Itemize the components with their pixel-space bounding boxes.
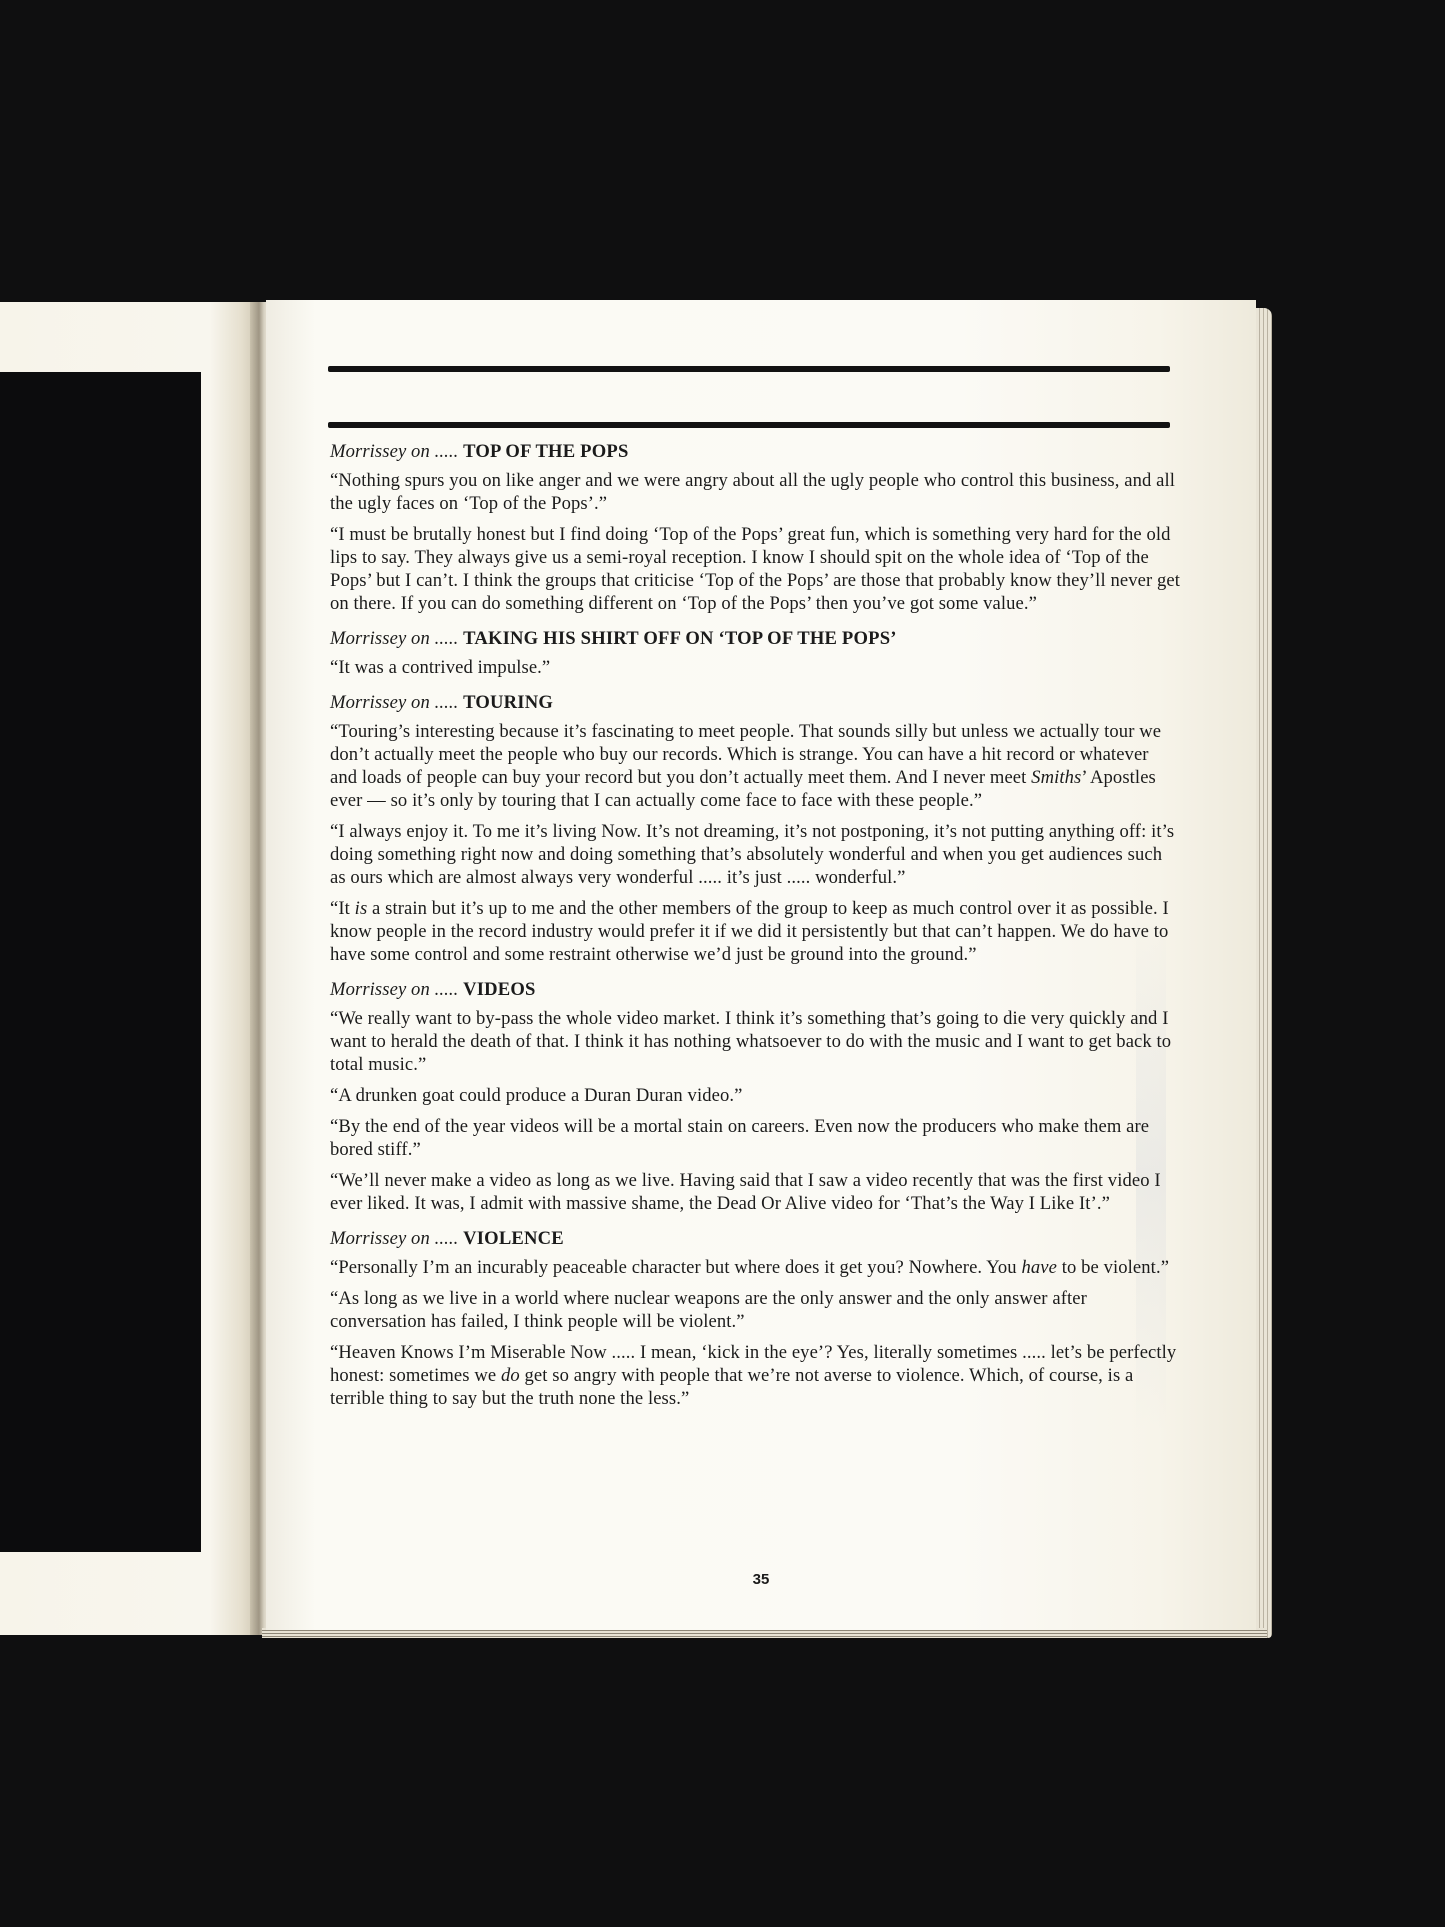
quote-paragraph: “Personally I’m an incurably peaceable c…	[330, 1256, 1180, 1279]
section-heading: Morrissey on ..... VIDEOS	[330, 978, 1180, 1001]
quote-paragraph: “I must be brutally honest but I find do…	[330, 523, 1180, 615]
page-number: 35	[266, 1571, 1256, 1588]
header-rule-bottom	[328, 422, 1170, 428]
section-heading: Morrissey on ..... TOP OF THE POPS	[330, 440, 1180, 463]
left-page	[0, 302, 262, 1635]
quote-paragraph: “Touring’s interesting because it’s fasc…	[330, 720, 1180, 812]
header-rule-top	[328, 366, 1170, 372]
heading-lead-phrase: Morrissey on .....	[330, 979, 463, 1000]
heading-lead-phrase: Morrissey on .....	[330, 441, 463, 462]
heading-lead-phrase: Morrissey on .....	[330, 1228, 463, 1249]
heading-topic: VIDEOS	[463, 979, 536, 1000]
heading-topic: TAKING HIS SHIRT OFF ON ‘TOP OF THE POPS…	[463, 628, 897, 649]
section: Morrissey on ..... VIOLENCE“Personally I…	[330, 1227, 1180, 1410]
section: Morrissey on ..... TOP OF THE POPS“Nothi…	[330, 440, 1180, 615]
heading-topic: TOP OF THE POPS	[463, 441, 628, 462]
quote-paragraph: “We really want to by-pass the whole vid…	[330, 1007, 1180, 1076]
heading-topic: TOURING	[463, 692, 553, 713]
section: Morrissey on ..... TAKING HIS SHIRT OFF …	[330, 627, 1180, 679]
page-content: Morrissey on ..... TOP OF THE POPS“Nothi…	[330, 440, 1180, 1422]
quote-paragraph: “We’ll never make a video as long as we …	[330, 1169, 1180, 1215]
section: Morrissey on ..... VIDEOS“We really want…	[330, 978, 1180, 1215]
heading-lead-phrase: Morrissey on .....	[330, 628, 463, 649]
section: Morrissey on ..... TOURING“Touring’s int…	[330, 691, 1180, 966]
quote-paragraph: “A drunken goat could produce a Duran Du…	[330, 1084, 1180, 1107]
quote-paragraph: “It was a contrived impulse.”	[330, 656, 1180, 679]
quote-paragraph: “Heaven Knows I’m Miserable Now ..... I …	[330, 1341, 1180, 1410]
quote-paragraph: “It is a strain but it’s up to me and th…	[330, 897, 1180, 966]
heading-topic: VIOLENCE	[463, 1228, 564, 1249]
left-page-black-panel	[0, 372, 201, 1552]
quote-paragraph: “By the end of the year videos will be a…	[330, 1115, 1180, 1161]
right-page: Morrissey on ..... TOP OF THE POPS“Nothi…	[266, 300, 1256, 1630]
quote-paragraph: “As long as we live in a world where nuc…	[330, 1287, 1180, 1333]
quote-paragraph: “Nothing spurs you on like anger and we …	[330, 469, 1180, 515]
heading-lead-phrase: Morrissey on .....	[330, 692, 463, 713]
section-heading: Morrissey on ..... TAKING HIS SHIRT OFF …	[330, 627, 1180, 650]
section-heading: Morrissey on ..... VIOLENCE	[330, 1227, 1180, 1250]
quote-paragraph: “I always enjoy it. To me it’s living No…	[330, 820, 1180, 889]
section-heading: Morrissey on ..... TOURING	[330, 691, 1180, 714]
